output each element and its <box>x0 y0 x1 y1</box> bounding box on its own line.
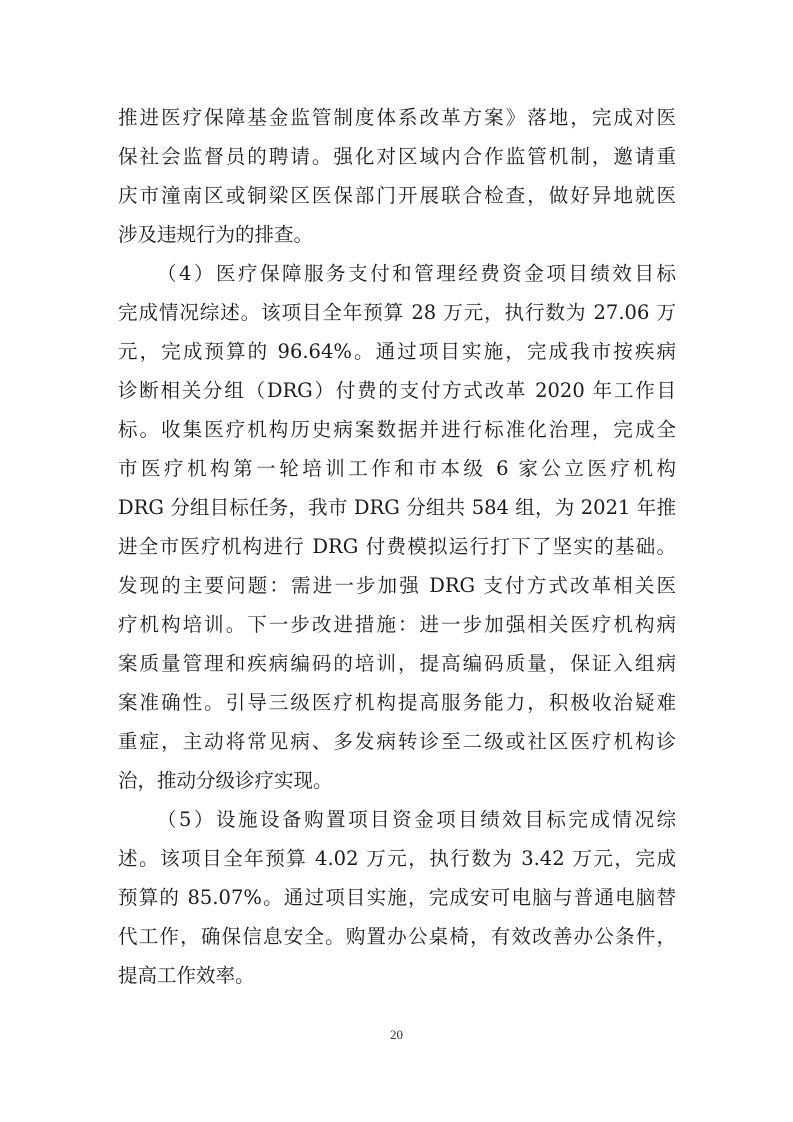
text-line: 重症，主动将常见病、多发病转诊至二级或社区医疗机构诊 <box>118 722 676 761</box>
text-line: 市医疗机构第一轮培训工作和市本级 6 家公立医疗机构 <box>118 449 676 488</box>
text-line: （5）设施设备购置项目资金项目绩效目标完成情况综 <box>118 800 676 839</box>
text-line: （4）医疗保障服务支付和管理经费资金项目绩效目标 <box>118 254 676 293</box>
paragraph-item-4: （4）医疗保障服务支付和管理经费资金项目绩效目标 完成情况综述。该项目全年预算 … <box>118 254 676 800</box>
text-line: 标。收集医疗机构历史病案数据并进行标准化治理，完成全 <box>118 410 676 449</box>
text-line: 推进医疗保障基金监管制度体系改革方案》落地，完成对医 <box>118 98 676 137</box>
text-line: 疗机构培训。下一步改进措施：进一步加强相关医疗机构病 <box>118 605 676 644</box>
text-line: 案质量管理和疾病编码的培训，提高编码质量，保证入组病 <box>118 644 676 683</box>
text-line: 进全市医疗机构进行 DRG 付费模拟运行打下了坚实的基础。 <box>118 527 676 566</box>
text-line: 保社会监督员的聘请。强化对区域内合作监管机制，邀请重 <box>118 137 676 176</box>
page-number: 20 <box>0 1027 793 1043</box>
text-line: 庆市潼南区或铜梁区医保部门开展联合检查，做好异地就医 <box>118 176 676 215</box>
text-line: 案准确性。引导三级医疗机构提高服务能力，积极收治疑难 <box>118 683 676 722</box>
paragraph-continuation: 推进医疗保障基金监管制度体系改革方案》落地，完成对医 保社会监督员的聘请。强化对… <box>118 98 676 254</box>
text-line: 诊断相关分组（DRG）付费的支付方式改革 2020 年工作目 <box>118 371 676 410</box>
text-line: DRG 分组目标任务，我市 DRG 分组共 584 组，为 2021 年推 <box>118 488 676 527</box>
text-line: 涉及违规行为的排查。 <box>118 215 676 254</box>
text-line: 发现的主要问题：需进一步加强 DRG 支付方式改革相关医 <box>118 566 676 605</box>
paragraph-item-5: （5）设施设备购置项目资金项目绩效目标完成情况综 述。该项目全年预算 4.02 … <box>118 800 676 995</box>
text-line: 元，完成预算的 96.64%。通过项目实施，完成我市按疾病 <box>118 332 676 371</box>
text-line: 预算的 85.07%。通过项目实施，完成安可电脑与普通电脑替 <box>118 878 676 917</box>
text-line: 完成情况综述。该项目全年预算 28 万元，执行数为 27.06 万 <box>118 293 676 332</box>
text-line: 述。该项目全年预算 4.02 万元，执行数为 3.42 万元，完成 <box>118 839 676 878</box>
text-line: 治，推动分级诊疗实现。 <box>118 761 676 800</box>
text-line: 代工作，确保信息安全。购置办公桌椅，有效改善办公条件， <box>118 917 676 956</box>
document-page: 推进医疗保障基金监管制度体系改革方案》落地，完成对医 保社会监督员的聘请。强化对… <box>118 98 676 995</box>
text-line: 提高工作效率。 <box>118 956 676 995</box>
